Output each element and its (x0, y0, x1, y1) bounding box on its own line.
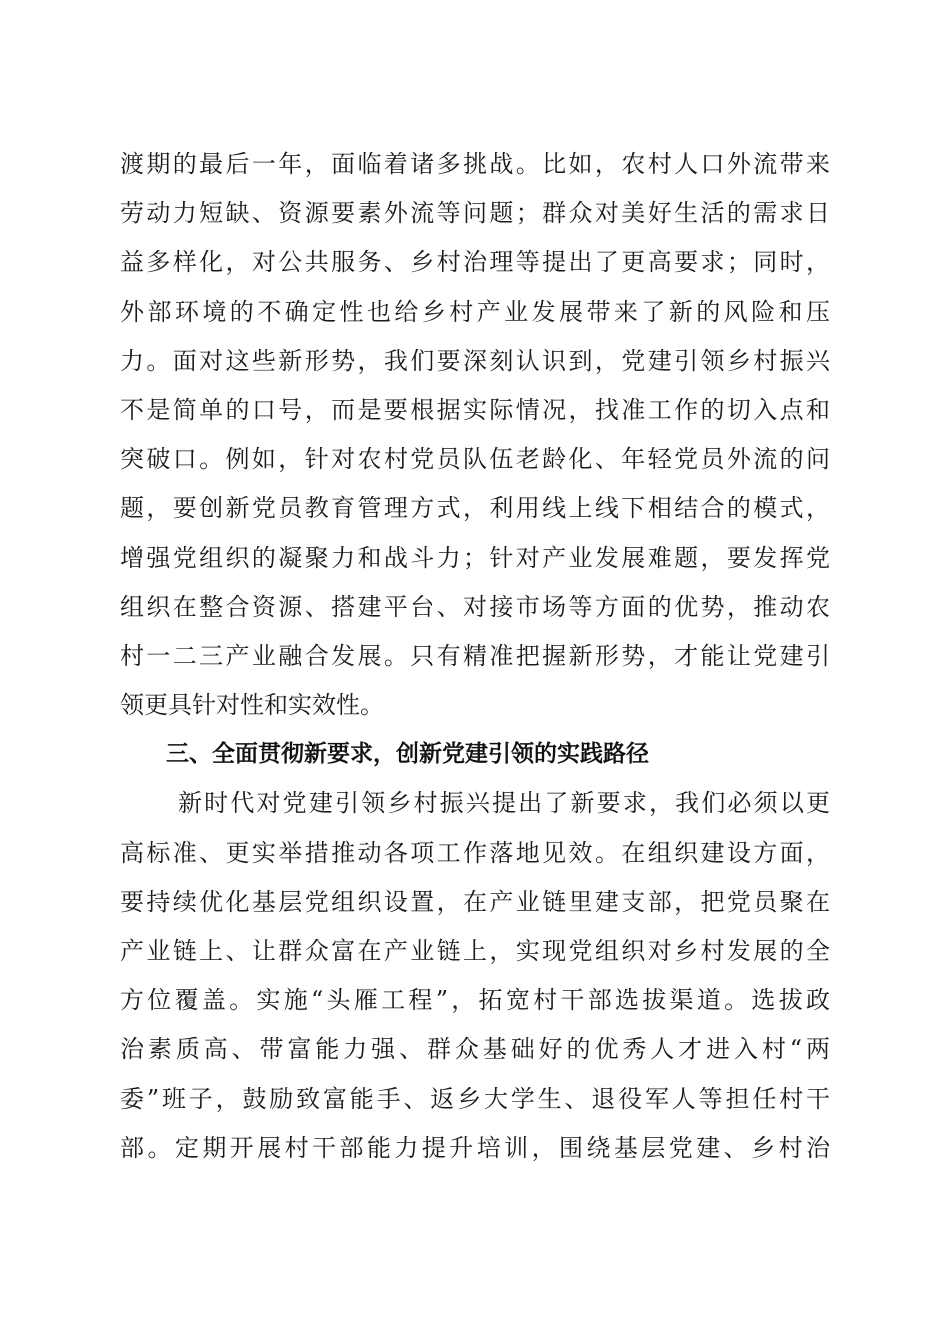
text-line: 组织在整合资源、搭建平台、对接市场等方面的优势，推动农 (120, 583, 830, 632)
text-line: 不是简单的口号，而是要根据实际情况，找准工作的切入点和 (120, 386, 830, 435)
document-page: 渡期的最后一年，面临着诸多挑战。比如，农村人口外流带来 劳动力短缺、资源要素外流… (0, 0, 950, 1344)
text-line: 方位覆盖。实施“头雁工程”，拓宽村干部选拔渠道。选拔政 (120, 976, 830, 1025)
document-body: 渡期的最后一年，面临着诸多挑战。比如，农村人口外流带来 劳动力短缺、资源要素外流… (120, 140, 830, 1173)
section-heading: 三、全面贯彻新要求，创新党建引领的实践路径 (120, 730, 830, 779)
text-line: 外部环境的不确定性也给乡村产业发展带来了新的风险和压 (120, 288, 830, 337)
text-line: 新时代对党建引领乡村振兴提出了新要求，我们必须以更 (120, 779, 830, 828)
paragraph-1: 渡期的最后一年，面临着诸多挑战。比如，农村人口外流带来 劳动力短缺、资源要素外流… (120, 140, 830, 730)
text-line: 领更具针对性和实效性。 (120, 681, 830, 730)
text-line: 益多样化，对公共服务、乡村治理等提出了更高要求；同时， (120, 238, 830, 287)
text-line: 增强党组织的凝聚力和战斗力；针对产业发展难题，要发挥党 (120, 534, 830, 583)
text-line: 产业链上、让群众富在产业链上，实现党组织对乡村发展的全 (120, 927, 830, 976)
text-line: 治素质高、带富能力强、群众基础好的优秀人才进入村“两 (120, 1025, 830, 1074)
text-line: 力。面对这些新形势，我们要深刻认识到，党建引领乡村振兴 (120, 337, 830, 386)
text-line: 要持续优化基层党组织设置，在产业链里建支部，把党员聚在 (120, 878, 830, 927)
text-line: 题，要创新党员教育管理方式，利用线上线下相结合的模式， (120, 484, 830, 533)
text-line: 突破口。例如，针对农村党员队伍老龄化、年轻党员外流的问 (120, 435, 830, 484)
text-line: 高标准、更实举措推动各项工作落地见效。在组织建设方面， (120, 829, 830, 878)
text-line: 劳动力短缺、资源要素外流等问题；群众对美好生活的需求日 (120, 189, 830, 238)
text-line: 村一二三产业融合发展。只有精准把握新形势，才能让党建引 (120, 632, 830, 681)
text-line: 委”班子，鼓励致富能手、返乡大学生、退役军人等担任村干 (120, 1075, 830, 1124)
text-line: 部。定期开展村干部能力提升培训，围绕基层党建、乡村治 (120, 1124, 830, 1173)
text-line: 渡期的最后一年，面临着诸多挑战。比如，农村人口外流带来 (120, 140, 830, 189)
paragraph-2: 新时代对党建引领乡村振兴提出了新要求，我们必须以更 高标准、更实举措推动各项工作… (120, 779, 830, 1173)
